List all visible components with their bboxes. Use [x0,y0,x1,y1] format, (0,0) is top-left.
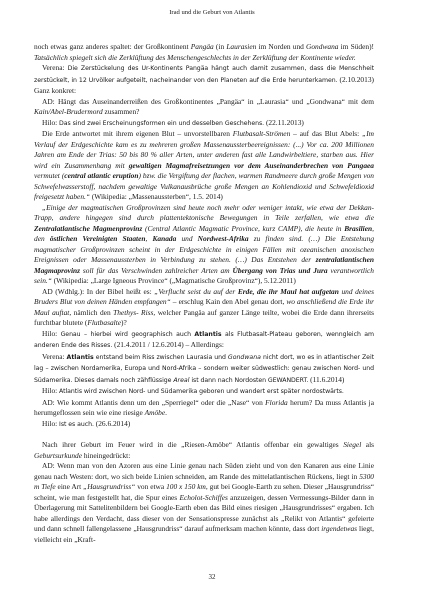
paragraph-verena-quote-2: Verena: Atlantis entstand beim Riss zwis… [34,352,374,387]
paragraph-ad-hausgrundriss: AD: Wenn man von den Azoren aus eine Lin… [34,461,374,545]
paragraph-ad-question-1: AD: Hängt das Auseinanderreißen des Groß… [34,97,374,118]
paragraph-hilo-quote-1: Hilo: Das sind zwei Erscheinungsformen e… [34,118,374,130]
page-number: 32 [0,573,424,581]
paragraph-flutbasalt: Die Erde antwortet mit ihrem eigenen Blu… [34,129,374,203]
page-body: noch etwas ganz anderes spaltet: der Gro… [34,42,374,545]
paragraph-siegel: Nach ihrer Geburt im Feuer wird in die „… [34,440,374,461]
paragraph-verena-quote-1: Verena: Die Zerstückelung des Ur-Kontine… [34,63,374,97]
paragraph-ad-bible: AD (Wdhlg.): In der Bibel heißt es: „Ver… [34,287,374,329]
paragraph-1: noch etwas ganz anderes spaltet: der Gro… [34,42,374,63]
paragraph-wikipedia-quote: „Einige der magmatischen Großprovinzen s… [34,203,374,287]
paragraph-hilo-quote-4: Hilo: Ist es auch. (26.6.2014) [34,419,374,431]
paragraph-ad-question-2: AD: Wie kommt Atlantis denn um den „Sper… [34,398,374,419]
paragraph-hilo-quote-3: Hilo: Atlantis wird zwischen Nord- und S… [34,386,374,398]
paragraph-hilo-quote-2: Hilo: Genau – hierbei wird geographisch … [34,329,374,352]
running-header: Irad und die Geburt von Atlantis [0,9,424,16]
